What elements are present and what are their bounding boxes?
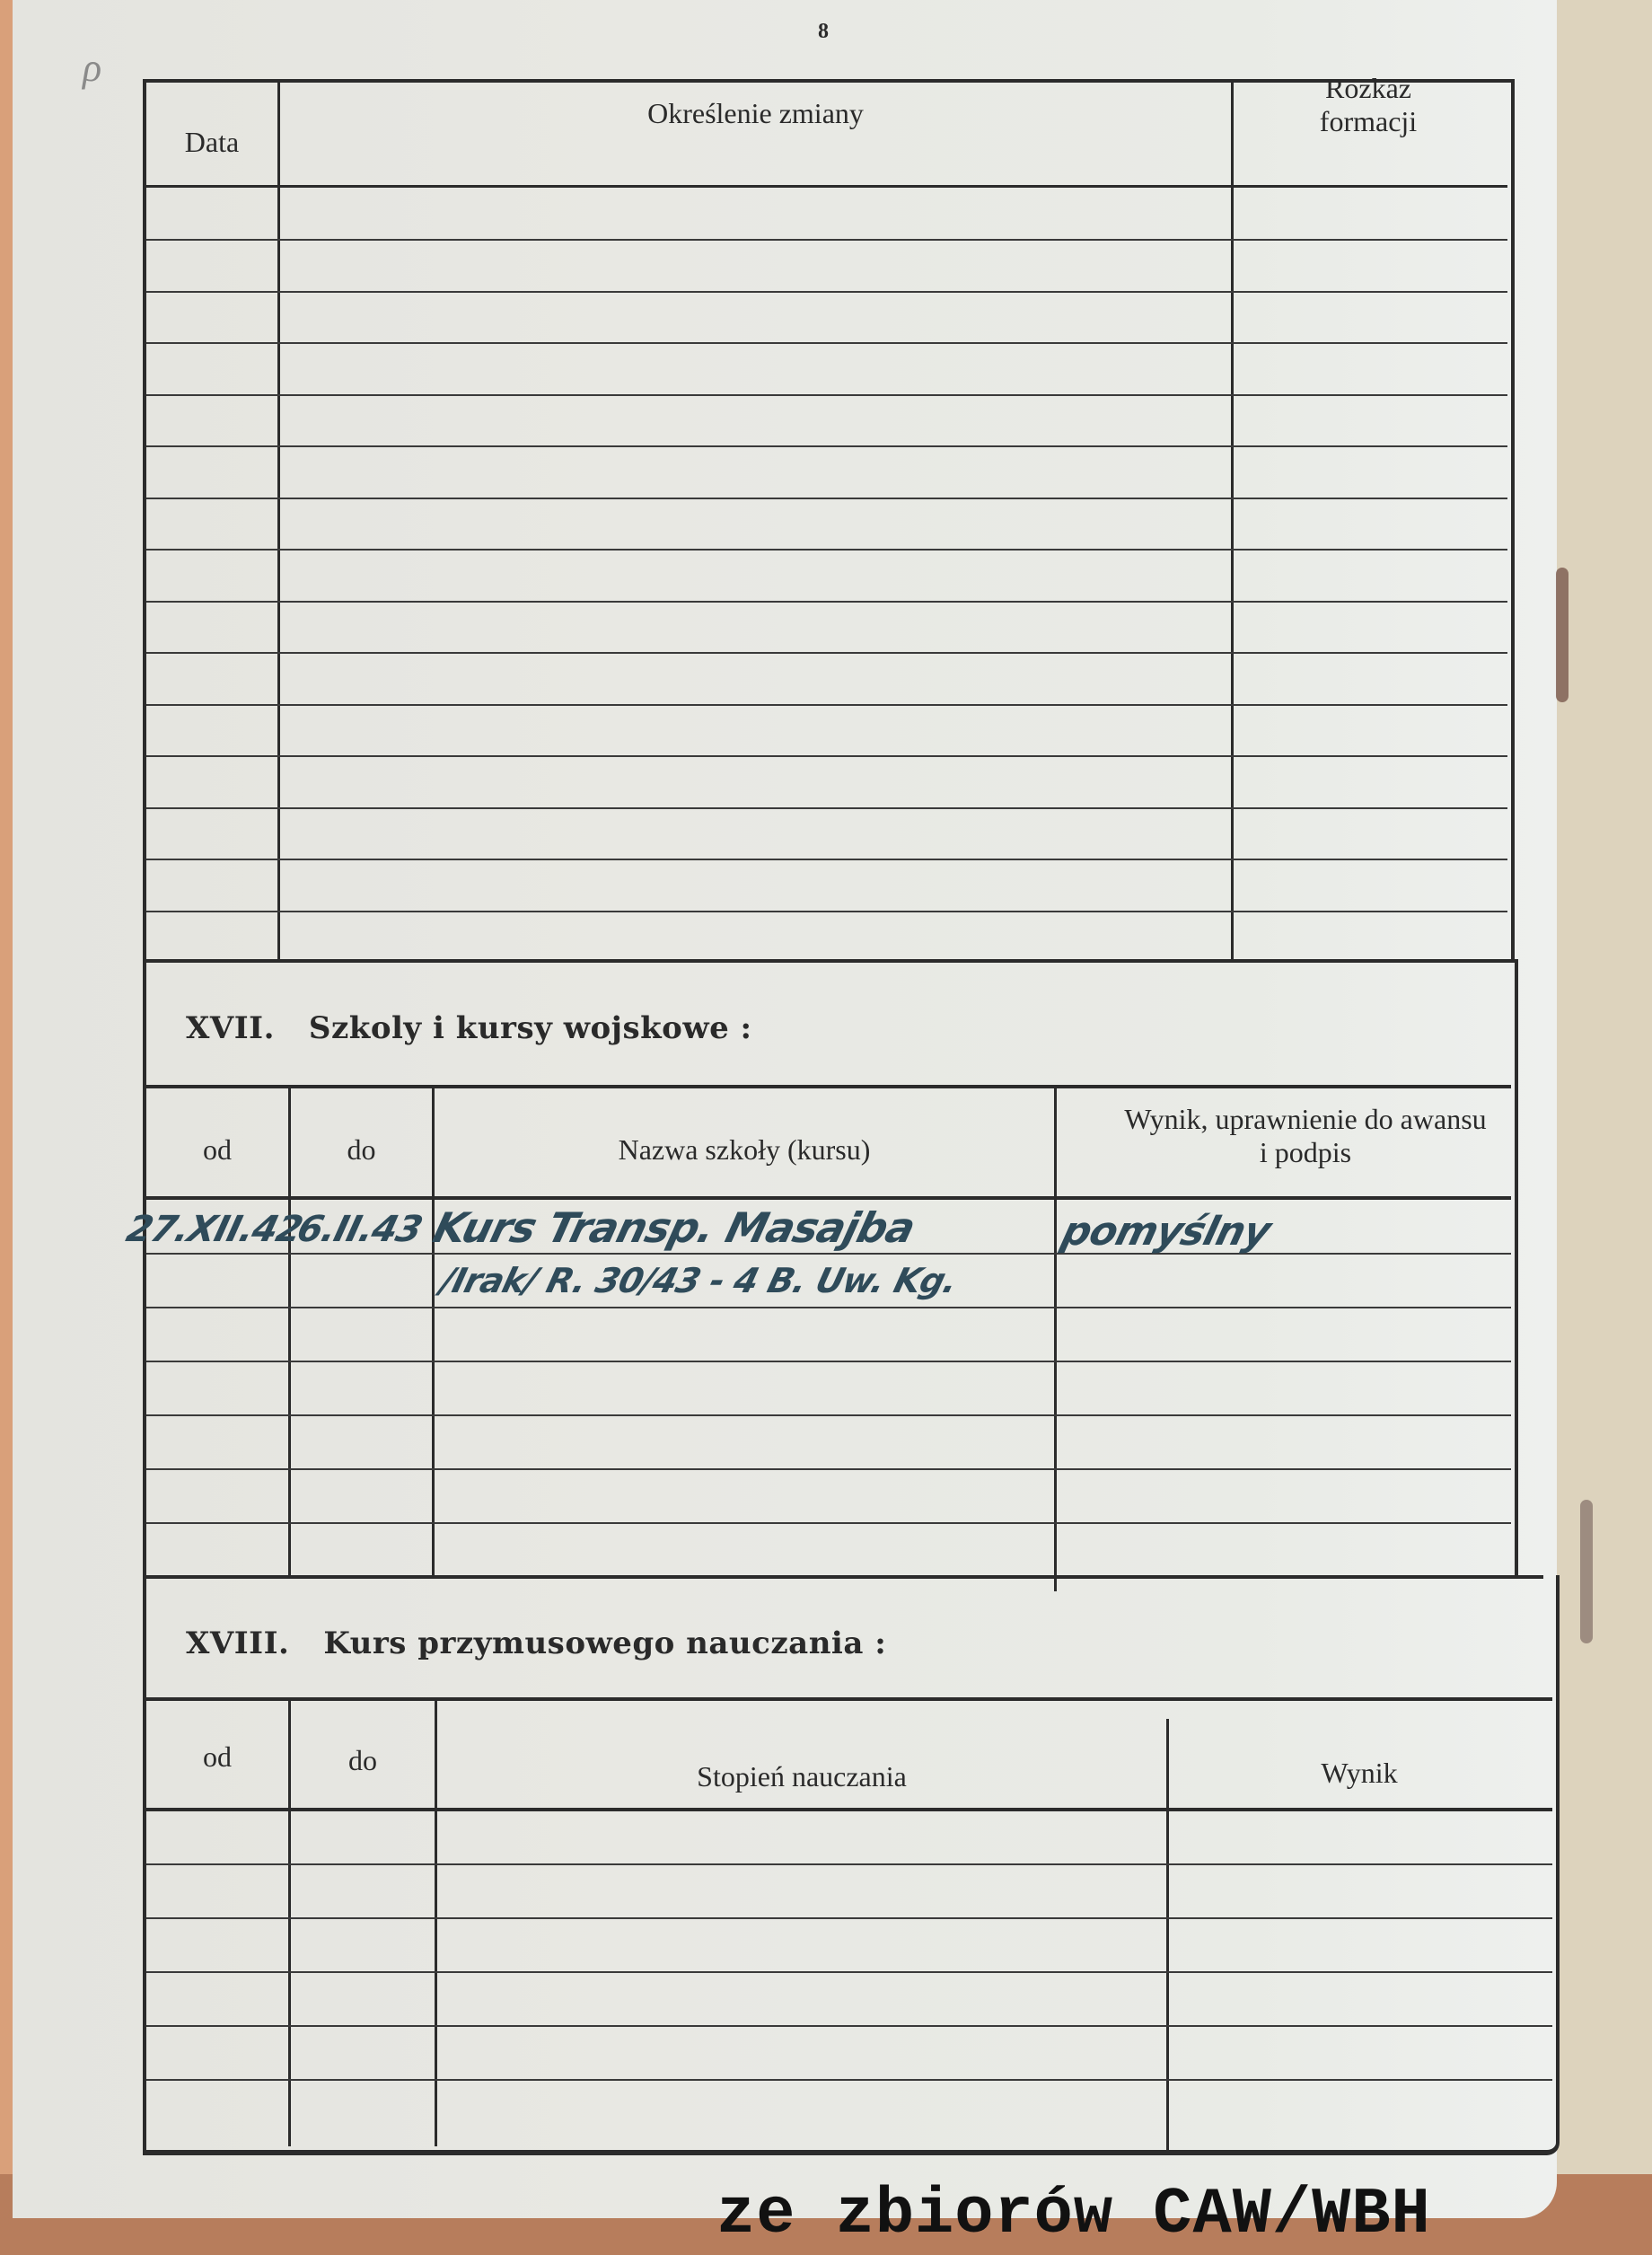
section-xviii-col-3 (1166, 1719, 1169, 2155)
changes-header-date: Data (146, 126, 277, 159)
page-number: 8 (818, 20, 829, 44)
changes-row-line (146, 394, 1507, 396)
changes-row-line (146, 911, 1507, 912)
section-xviii-header-result: Wynik (1171, 1757, 1548, 1790)
changes-col-divider-2 (1231, 83, 1234, 959)
section-xvii-row-line (146, 1307, 1511, 1308)
section-xviii-number: XVIII. (186, 1625, 289, 1661)
section-xviii-title: XVIII.Kurs przymusowego nauczania : (186, 1625, 886, 1661)
section-xviii-row-line (146, 1917, 1552, 1919)
section-xvii-header-bottom (146, 1196, 1511, 1200)
entry-result: pomyślny (1058, 1209, 1275, 1255)
changes-header-description: Określenie zmiany (282, 97, 1229, 130)
section-xviii-header-bottom (146, 1808, 1552, 1811)
section-xviii-header-to: do (291, 1744, 435, 1777)
staple-upper (1556, 568, 1569, 702)
archive-watermark: ze zbiorów CAW/WBH (716, 2178, 1431, 2251)
section-xviii-row-line (146, 1863, 1552, 1865)
section-xviii-header-top (146, 1697, 1552, 1701)
section-xvii-title: XVII.Szkoly i kursy wojskowe : (186, 1010, 752, 1046)
section-xvii-row-line (146, 1361, 1511, 1362)
changes-header-order: Rozkaz formacji (1287, 72, 1449, 138)
changes-row-line (146, 859, 1507, 860)
changes-table (143, 79, 1515, 963)
section-xviii-row-line (146, 2079, 1552, 2081)
entry-to-date: 6.II.43 (293, 1209, 426, 1250)
section-xvii-header-result: Wynik, uprawnienie do awansu i podpis (1090, 1103, 1521, 1169)
changes-row-line (146, 342, 1507, 344)
section-xviii-row-line (146, 1971, 1552, 1973)
section-xvii-row-line (146, 1253, 1511, 1255)
section-xvii-row-line (146, 1414, 1511, 1416)
section-xvii-header-from: od (146, 1133, 288, 1167)
section-xviii-frame (143, 1575, 1560, 2155)
staple-lower (1580, 1500, 1593, 1643)
entry-course-name-line-1: Kurs Transp. Masajba (428, 1203, 919, 1252)
changes-row-line (146, 239, 1507, 241)
section-xviii-row-line (146, 2025, 1552, 2027)
section-xvii-col-3 (1054, 1088, 1057, 1591)
changes-row-line (146, 291, 1507, 293)
changes-row-line (146, 755, 1507, 757)
entry-from-date: 27.XII.42 (122, 1209, 306, 1250)
section-xvii-header-top (146, 1085, 1511, 1088)
changes-row-line (146, 704, 1507, 706)
document-page: 8 ρ Data Określenie zmiany Rozkaz formac… (13, 0, 1557, 2218)
changes-header-divider (146, 185, 1507, 188)
changes-row-line (146, 549, 1507, 551)
section-xviii-heading: Kurs przymusowego nauczania : (323, 1625, 886, 1661)
changes-row-line (146, 498, 1507, 499)
section-xvii-row-line (146, 1522, 1511, 1524)
entry-course-name-line-2: /Irak/ R. 30/43 - 4 B. Uw. Kg. (437, 1261, 962, 1300)
changes-row-line (146, 601, 1507, 603)
changes-row-line (146, 652, 1507, 654)
section-xvii-header-to: do (291, 1133, 432, 1167)
pencil-mark: ρ (83, 45, 101, 91)
section-xvii-row-line (146, 1468, 1511, 1470)
section-xviii-header-from: od (146, 1740, 288, 1774)
section-xvii-heading: Szkoly i kursy wojskowe : (309, 1010, 752, 1046)
section-xvii-header-name: Nazwa szkoły (kursu) (435, 1133, 1054, 1167)
changes-row-line (146, 807, 1507, 809)
changes-col-divider-1 (277, 83, 280, 959)
section-xviii-header-level: Stopień nauczania (438, 1760, 1165, 1793)
section-xvii-number: XVII. (186, 1010, 275, 1046)
changes-row-line (146, 445, 1507, 447)
